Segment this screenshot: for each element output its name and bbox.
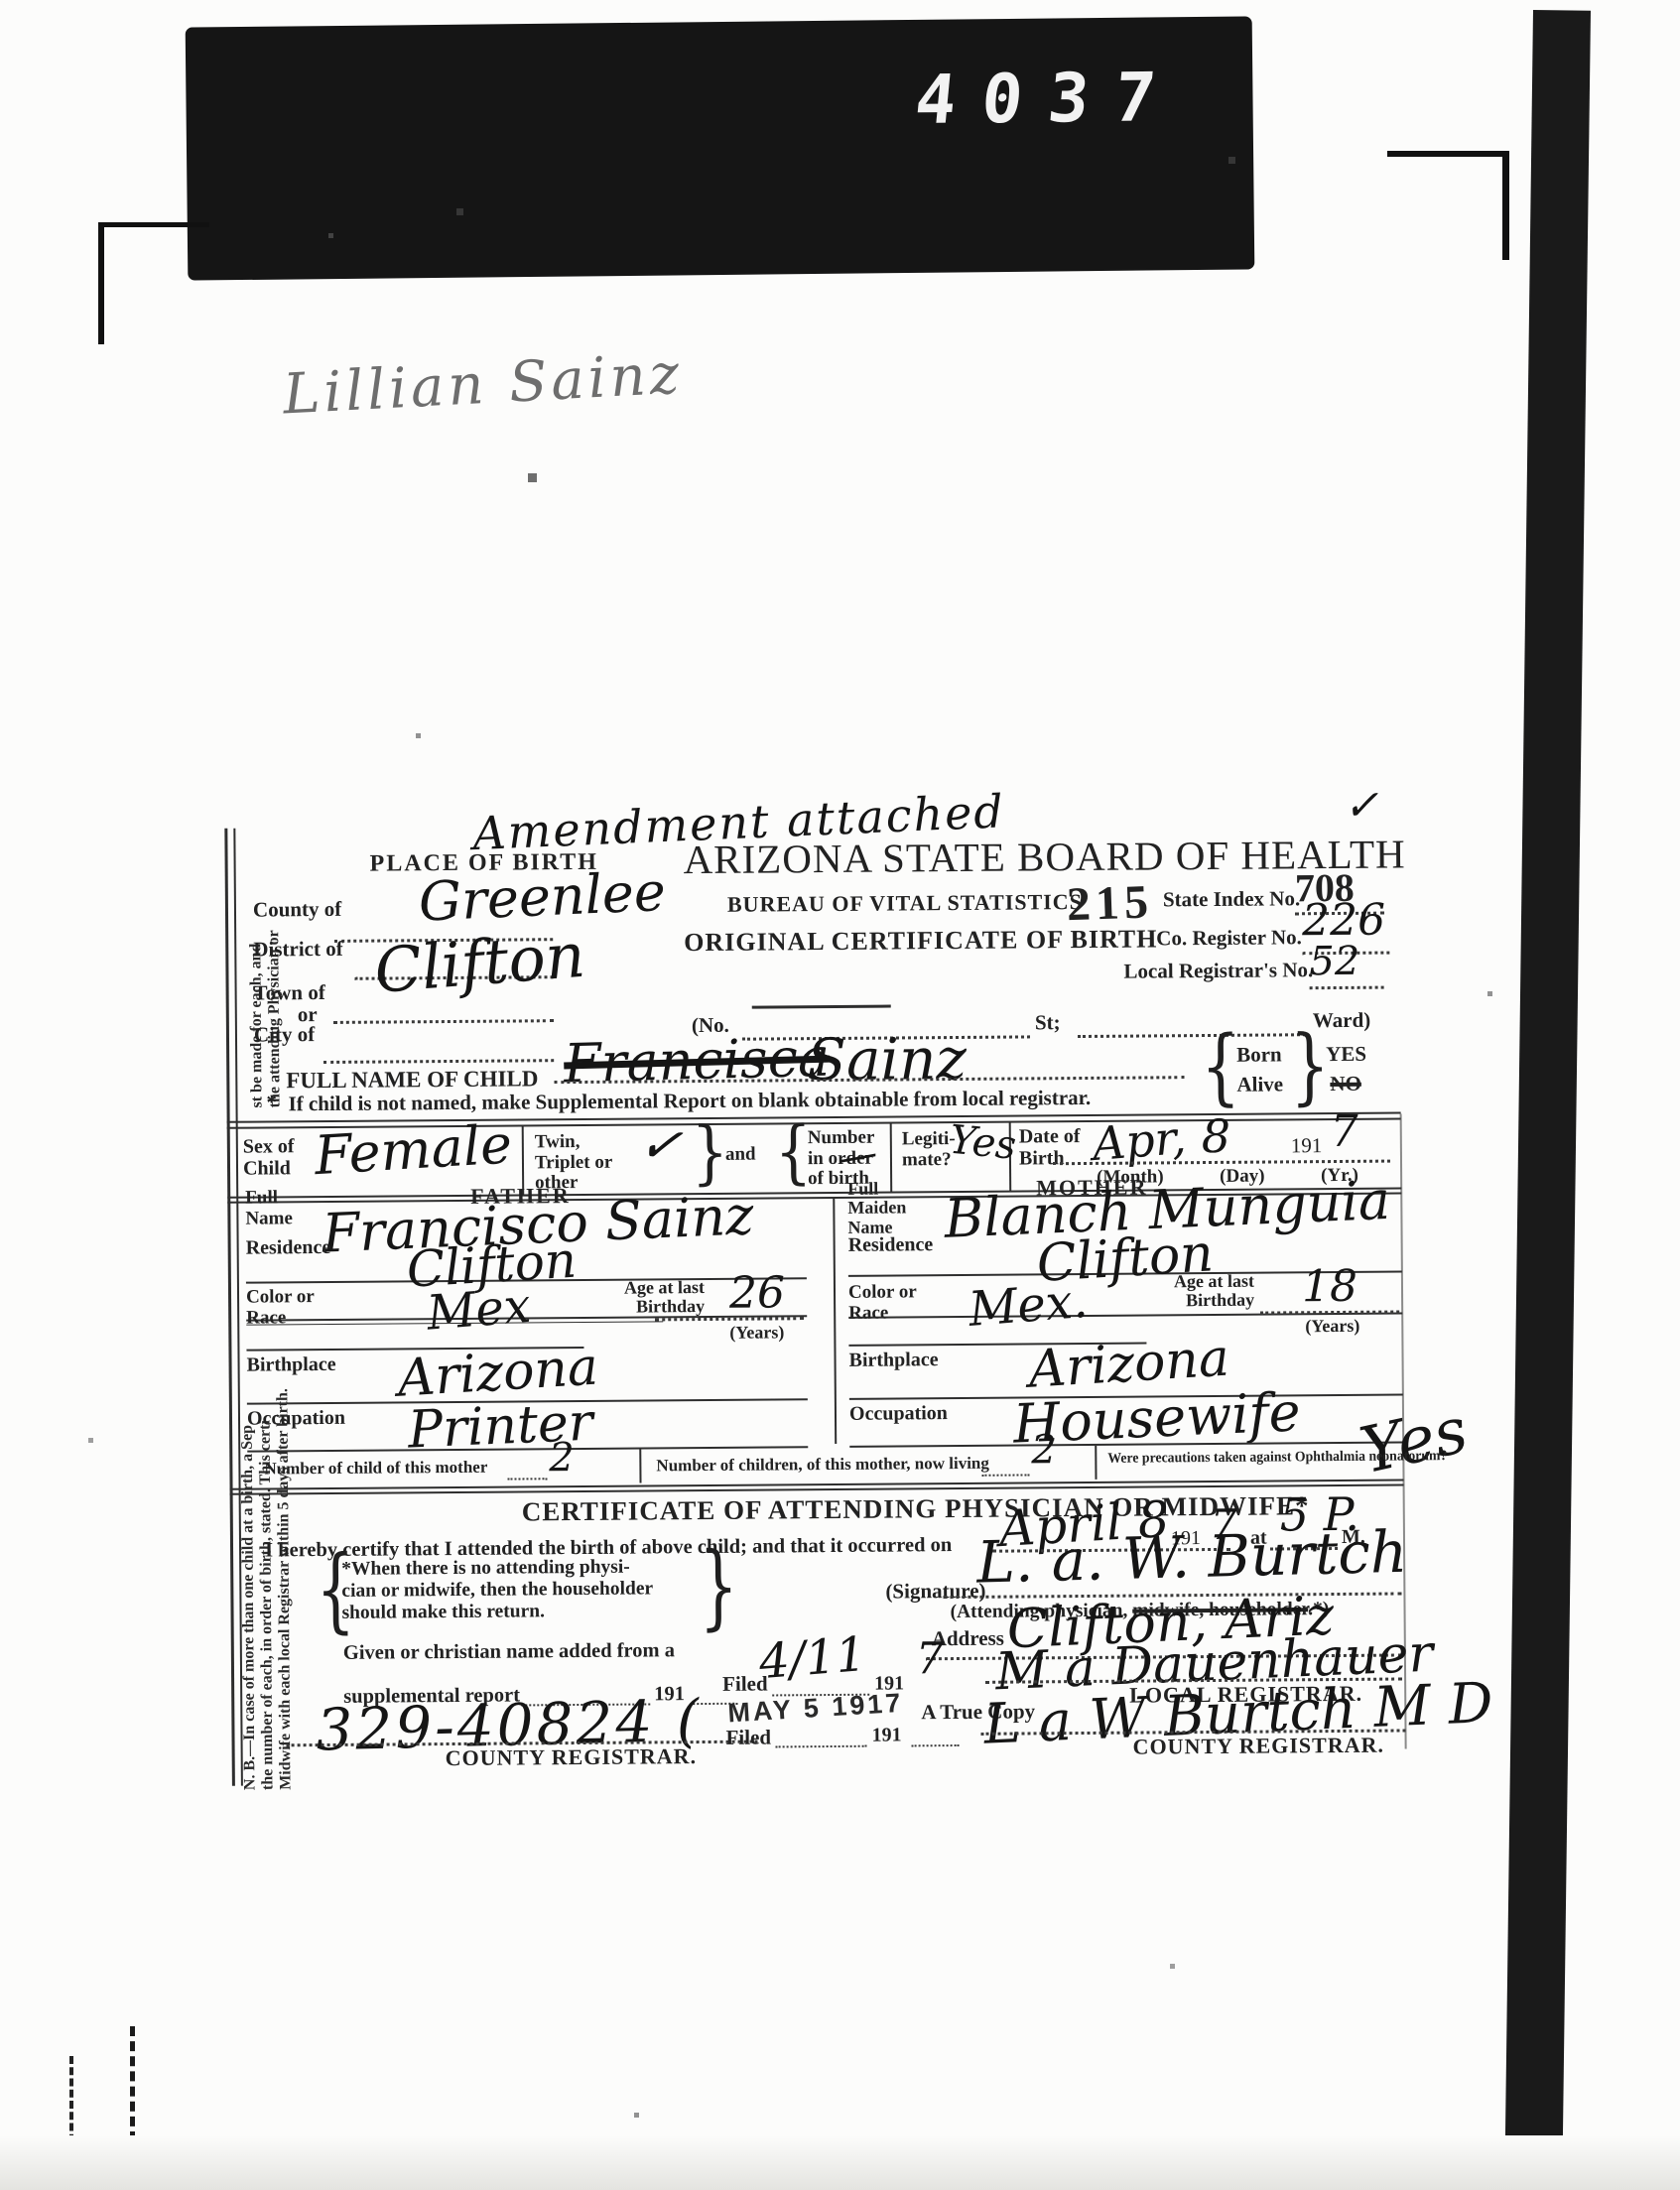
num-child-label: Number of child of this mother [264, 1459, 487, 1479]
children-row-sep-1 [639, 1450, 641, 1483]
tick-mark-bottom-left-2 [130, 2026, 135, 2141]
city-line [323, 1059, 554, 1064]
num-living-value: 2 [1031, 1430, 1057, 1470]
father-residence-label: Residence [246, 1237, 331, 1259]
father-age-value: 26 [729, 1271, 785, 1315]
co-register-value: 226 [1302, 899, 1385, 944]
mother-years-caption: (Years) [1305, 1317, 1359, 1337]
householder-note-3: should make this return. [341, 1601, 545, 1623]
mother-residence-label: Residence [848, 1234, 934, 1256]
parent-divider [833, 1198, 837, 1444]
precautions-label: Were precautions taken against Ophthalmi… [1107, 1449, 1447, 1467]
father-age-line [655, 1317, 804, 1321]
bottom-scan-fade [0, 2135, 1680, 2190]
sex-label: Sex of Child [243, 1136, 315, 1180]
checkmark-top-right: ✓ [1344, 785, 1379, 827]
born-alive-brace-open: { [1201, 1025, 1240, 1108]
co-register-label: Co. Register No. [1156, 926, 1302, 950]
pencil-annotation: Lillian Sainz [282, 346, 685, 423]
street-st-label: St; [1035, 1011, 1061, 1034]
filed-value: 4/11 [757, 1630, 867, 1686]
title-dash [752, 1005, 891, 1009]
father-color-label: Color or Race [246, 1287, 321, 1329]
filed2-dots [776, 1745, 867, 1748]
alive-label: Alive [1236, 1073, 1283, 1095]
householder-note-1: *When there is no attending physi- [341, 1557, 630, 1580]
county-registrar-left-label: COUNTY REGISTRAR. [446, 1744, 698, 1770]
mother-age-value: 18 [1302, 1265, 1357, 1309]
city-label: City of [254, 1023, 315, 1046]
local-registrar-no-value: 52 [1309, 942, 1359, 981]
scan-noise-dots [0, 0, 3, 3]
born-label: Born [1236, 1043, 1282, 1066]
legitimate-value: Yes [948, 1120, 1018, 1166]
stamp-215: 215 [1066, 876, 1154, 931]
signature-label: (Signature) [885, 1580, 985, 1603]
original-certificate-title: ORIGINAL CERTIFICATE OF BIRTH [684, 925, 1157, 957]
margin-note-top: st be made for each, and the attending P… [246, 820, 294, 1107]
scanned-birth-certificate-page: 4037 Lillian Sainz st be made for each, … [0, 0, 1680, 2190]
dob-month: Apr, [1091, 1114, 1188, 1167]
filed2-dots-2 [912, 1744, 960, 1746]
given-name-line-1: Given or christian name added from a [343, 1639, 675, 1664]
county-registrar-right-label: COUNTY REGISTRAR. [1133, 1734, 1385, 1759]
filed2-label: Filed [725, 1726, 771, 1748]
physician-signature: L. a. W. Burtch [975, 1523, 1407, 1592]
margin-note-top-line2: the attending Physician or [264, 820, 284, 1107]
corner-mark-top-right [1387, 151, 1509, 260]
father-name-label: Full Name [245, 1188, 303, 1228]
num-living-dots [981, 1474, 1029, 1476]
corner-mark-top-left [98, 222, 209, 344]
order-brace-open: { [775, 1116, 812, 1186]
mother-color-label: Color or Race [848, 1282, 923, 1324]
page-edge-bar [1504, 10, 1591, 2190]
border-left-outer [224, 829, 235, 1786]
children-row-sep-2 [1095, 1446, 1097, 1480]
order-mark: — [835, 1132, 881, 1179]
town-value: Clifton [372, 925, 586, 1002]
father-color-value: Mex [425, 1282, 532, 1338]
district-label: District of [253, 938, 343, 961]
mother-color-value: Mex. [967, 1277, 1089, 1334]
margin-note-top-line1: st be made for each, and [246, 820, 266, 1107]
and-label: and [725, 1145, 756, 1166]
street-st-line [1078, 1033, 1306, 1038]
father-age-label: Age at last Birthday [593, 1278, 705, 1318]
born-value: YES [1326, 1043, 1366, 1066]
num-living-label: Number of children, of this mother, now … [656, 1455, 989, 1476]
local-registrar-no-line [1310, 986, 1384, 990]
margin-note-nb: N. B.—In case of more than one child at … [237, 1249, 295, 1790]
town-line [333, 1019, 554, 1024]
town-label: Town of [254, 981, 325, 1004]
filed2-year: 191 [871, 1725, 901, 1746]
father-occupation-label: Occupation [247, 1408, 345, 1430]
certificate-form: st be made for each, and the attending P… [224, 784, 1438, 1796]
note-asterisk: * [266, 1091, 277, 1113]
filed-year-written: 7 [916, 1637, 944, 1681]
precautions-value: Yes [1356, 1399, 1474, 1484]
sex-value: Female [313, 1117, 513, 1183]
unnamed-child-note: If child is not named, make Supplemental… [288, 1087, 1091, 1115]
state-index-label: State Index No. [1163, 887, 1300, 911]
mother-age-label: Age at last Birthday [1143, 1272, 1254, 1312]
local-registrar-no-label: Local Registrar's No. [1123, 959, 1313, 982]
householder-note-2: cian or midwife, then the householder [341, 1578, 653, 1602]
county-value: Greenlee [418, 865, 667, 930]
mother-name-label: Full Maiden Name [847, 1179, 927, 1237]
num-child-dots [507, 1478, 547, 1480]
dob-day: 8 [1202, 1113, 1231, 1159]
stamp-digits: 4037 [912, 59, 1185, 140]
margin-note-nb-line3: Midwife with each local Registrar within… [273, 1249, 295, 1790]
dob-year-printed: 191 [1291, 1134, 1323, 1157]
physician-title: CERTIFICATE OF ATTENDING PHYSICIAN OR MI… [522, 1491, 1310, 1526]
born-alive-brace-close: } [1290, 1024, 1330, 1107]
dob-year-written: 7 [1331, 1110, 1358, 1154]
bureau-label: BUREAU OF VITAL STATISTICS [727, 890, 1083, 917]
householder-brace-close: } [699, 1540, 738, 1632]
mother-birthplace-label: Birthplace [848, 1350, 938, 1371]
and-brace-close: } [692, 1117, 728, 1187]
num-child-value: 2 [549, 1438, 575, 1478]
twin-mark: ✓ [636, 1117, 686, 1174]
alive-value-struck: NO [1330, 1073, 1361, 1095]
father-birthplace-label: Birthplace [246, 1354, 335, 1376]
black-stamp-block: 4037 [186, 16, 1255, 280]
county-label: County of [253, 898, 341, 921]
mother-occupation-label: Occupation [849, 1403, 948, 1425]
father-years-caption: (Years) [729, 1323, 784, 1343]
